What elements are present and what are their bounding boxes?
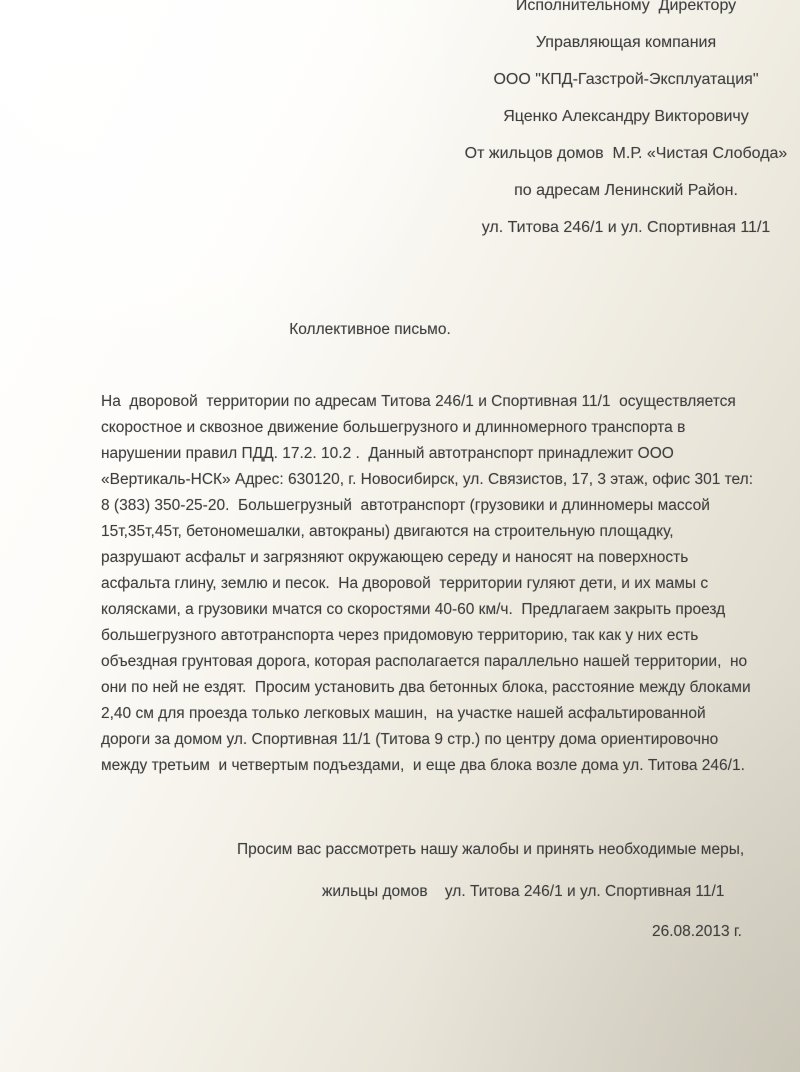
recipient-line: Исполнительному Директору bbox=[450, 0, 800, 14]
sender-line: ул. Титова 246/1 и ул. Спортивная 11/1 bbox=[450, 219, 800, 236]
letter-title: Коллективное письмо. bbox=[30, 321, 710, 339]
body-line: большегрузного автотранспорта через прид… bbox=[101, 623, 791, 649]
sender-line: От жильцов домов М.Р. «Чистая Слобода» bbox=[450, 145, 800, 162]
body-line: асфальта глину, землю и песок. На дворов… bbox=[101, 571, 791, 597]
recipient-line: Управляющая компания bbox=[450, 34, 800, 51]
letter-body: На дворовой территории по адресам Титова… bbox=[101, 389, 791, 779]
body-line: дороги за домом ул. Спортивная 11/1 (Тит… bbox=[101, 727, 791, 753]
body-line: между третьим и четвертым подъездами, и … bbox=[101, 753, 791, 779]
body-line: колясками, а грузовики мчатся со скорост… bbox=[101, 597, 791, 623]
body-line: скоростное и сквозное движение большегру… bbox=[101, 415, 791, 441]
letter-photo: Исполнительному Директору Управляющая ко… bbox=[0, 0, 800, 1072]
letter-date: 26.08.2013 г. bbox=[652, 923, 742, 941]
body-line: На дворовой территории по адресам Титова… bbox=[101, 389, 791, 415]
recipient-block: Исполнительному Директору Управляющая ко… bbox=[450, 0, 800, 256]
body-line: 15т,35т,45т, бетономешалки, автокраны) д… bbox=[101, 519, 791, 545]
body-line: «Вертикаль-НСК» Адрес: 630120, г. Новоси… bbox=[101, 467, 791, 493]
body-line: нарушении правил ПДД. 17.2. 10.2 . Данны… bbox=[101, 441, 791, 467]
body-line: разрушают асфальт и загрязняют окружающе… bbox=[101, 545, 791, 571]
closing-request: Просим вас рассмотреть нашу жалобы и при… bbox=[237, 841, 744, 859]
body-line: 2,40 см для проезда только легковых маши… bbox=[101, 701, 791, 727]
body-line: они по ней не ездят. Просим установить д… bbox=[101, 675, 791, 701]
sender-line: по адресам Ленинский Район. bbox=[450, 182, 800, 199]
recipient-line: Яценко Александру Викторовичу bbox=[450, 108, 800, 125]
signature-line: жильцы домов ул. Титова 246/1 и ул. Спор… bbox=[322, 883, 724, 901]
body-line: 8 (383) 350-25-20. Большегрузный автотра… bbox=[101, 493, 791, 519]
body-line: объездная грунтовая дорога, которая расп… bbox=[101, 649, 791, 675]
recipient-line: ООО "КПД-Газстрой-Эксплуатация" bbox=[450, 71, 800, 88]
